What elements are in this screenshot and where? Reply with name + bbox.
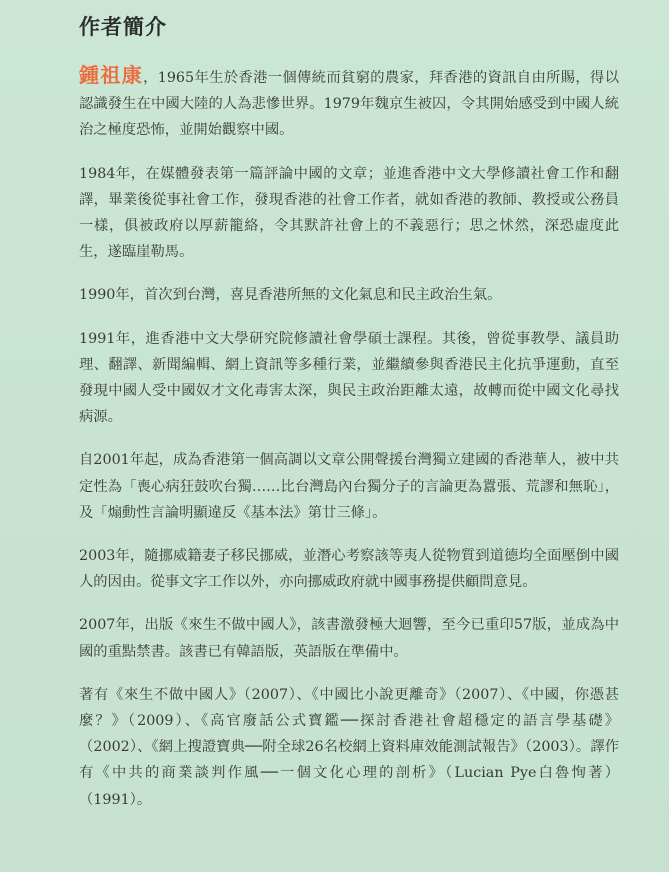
bio-paragraph-2003: 2003年，隨挪威籍妻子移民挪威，並潛心考察該等夷人從物質到道德均全面壓倒中國人… [79, 543, 619, 595]
bio-paragraph-2001: 自2001年起，成為香港第一個高調以文章公開聲援台灣獨立建國的香港華人，被中共定… [79, 447, 619, 526]
bio-paragraph-1990: 1990年，首次到台灣，喜見香港所無的文化氣息和民主政治生氣。 [79, 282, 619, 308]
page-title: 作者簡介 [79, 11, 167, 41]
bio-content: 鍾祖康，1965年生於香港一個傳統而貧窮的農家，拜香港的資訊自由所賜，得以認識發… [79, 62, 619, 830]
bio-paragraph-1984: 1984年，在媒體發表第一篇評論中國的文章；並進香港中文大學修讀社會工作和翻譯，… [79, 161, 619, 266]
bio-paragraph-works: 著有《來生不做中國人》（2007）、《中國比小說更離奇》（2007）、《中國，你… [79, 682, 619, 813]
bio-paragraph-2007: 2007年，出版《來生不做中國人》，該書激發極大迴響，至今已重印57版，並成為中… [79, 612, 619, 664]
bio-paragraph-1991: 1991年，進香港中文大學研究院修讀社會學碩士課程。其後，曾從事教學、議員助理、… [79, 326, 619, 431]
author-name: 鍾祖康 [79, 63, 143, 87]
bio-intro-text: ，1965年生於香港一個傳統而貧窮的農家，拜香港的資訊自由所賜，得以認識發生在中… [79, 70, 619, 138]
bio-paragraph-intro: 鍾祖康，1965年生於香港一個傳統而貧窮的農家，拜香港的資訊自由所賜，得以認識發… [79, 62, 619, 144]
author-bio-page: 作者簡介 鍾祖康，1965年生於香港一個傳統而貧窮的農家，拜香港的資訊自由所賜，… [0, 0, 669, 872]
